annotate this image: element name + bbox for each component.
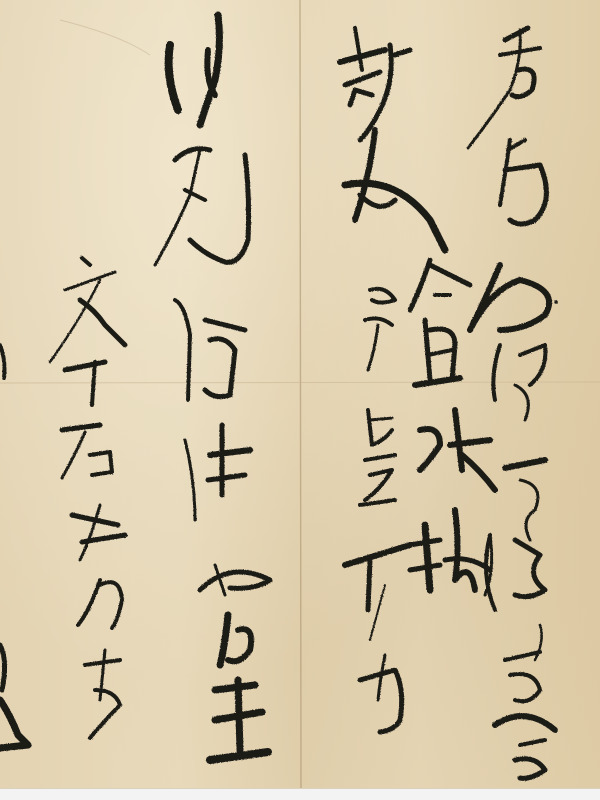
column-left xyxy=(50,258,125,738)
column-far-right xyxy=(468,28,558,778)
calligraphy-artwork xyxy=(0,0,600,800)
paper-folds xyxy=(0,0,600,788)
column-left-center xyxy=(155,15,270,760)
calligraphy-strokes xyxy=(0,0,600,800)
column-far-left-edge xyxy=(0,345,28,748)
bottom-margin-strip xyxy=(0,788,600,800)
column-right-center xyxy=(340,28,495,595)
column-inner-small xyxy=(345,289,410,732)
